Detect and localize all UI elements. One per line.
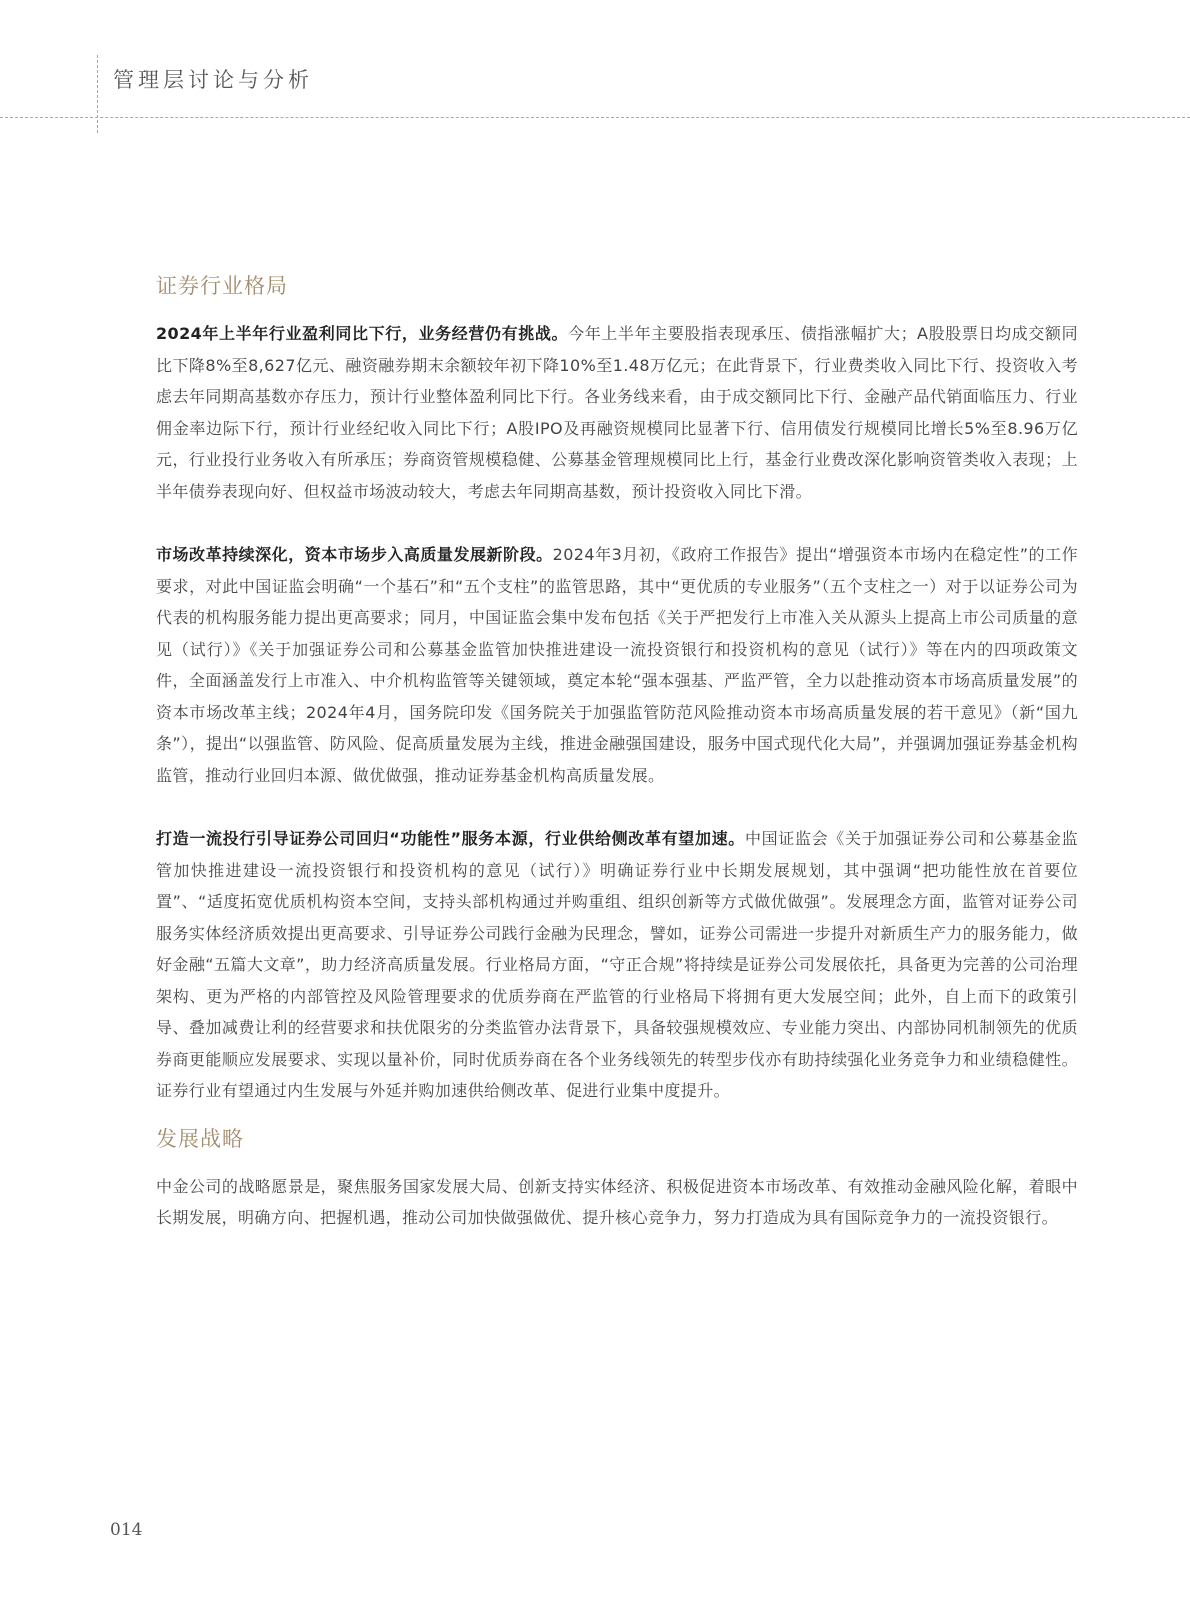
header-horizontal-dashed-divider (0, 117, 1190, 118)
page-content: 证券行业格局 2024年上半年行业盈利同比下行，业务经营仍有挑战。今年上半年主要… (156, 270, 1078, 1266)
paragraph: 2024年上半年行业盈利同比下行，业务经营仍有挑战。今年上半年主要股指表现承压、… (156, 318, 1078, 507)
header-vertical-dashed-divider (97, 55, 98, 133)
paragraph-lead: 2024年上半年行业盈利同比下行，业务经营仍有挑战。 (156, 324, 568, 343)
section-securities-industry: 证券行业格局 2024年上半年行业盈利同比下行，业务经营仍有挑战。今年上半年主要… (156, 270, 1078, 1107)
paragraph-lead: 打造一流投行引导证券公司回归“功能性”服务本源，行业供给侧改革有望加速。 (156, 829, 745, 848)
paragraph: 打造一流投行引导证券公司回归“功能性”服务本源，行业供给侧改革有望加速。中国证监… (156, 823, 1078, 1107)
paragraph-body: 中金公司的战略愿景是，聚焦服务国家发展大局、创新支持实体经济、积极促进资本市场改… (156, 1177, 1078, 1228)
page-number: 014 (110, 1520, 142, 1540)
paragraph-body: 2024年3月初，《政府工作报告》提出“增强资本市场内在稳定性”的工作要求，对此… (156, 545, 1078, 785)
section-title: 发展战略 (156, 1123, 1078, 1153)
paragraph-body: 中国证监会《关于加强证券公司和公募基金监管加快推进建设一流投资银行和投资机构的意… (156, 829, 1078, 1100)
paragraph-body: 今年上半年主要股指表现承压、债指涨幅扩大；A股股票日均成交额同比下降8%至8,6… (156, 324, 1078, 501)
section-development-strategy: 发展战略 中金公司的战略愿景是，聚焦服务国家发展大局、创新支持实体经济、积极促进… (156, 1123, 1078, 1234)
section-title: 证券行业格局 (156, 270, 1078, 300)
paragraph: 中金公司的战略愿景是，聚焦服务国家发展大局、创新支持实体经济、积极促进资本市场改… (156, 1171, 1078, 1234)
paragraph: 市场改革持续深化，资本市场步入高质量发展新阶段。2024年3月初，《政府工作报告… (156, 539, 1078, 791)
paragraph-lead: 市场改革持续深化，资本市场步入高质量发展新阶段。 (156, 545, 553, 564)
running-header-title: 管理层讨论与分析 (113, 64, 313, 94)
